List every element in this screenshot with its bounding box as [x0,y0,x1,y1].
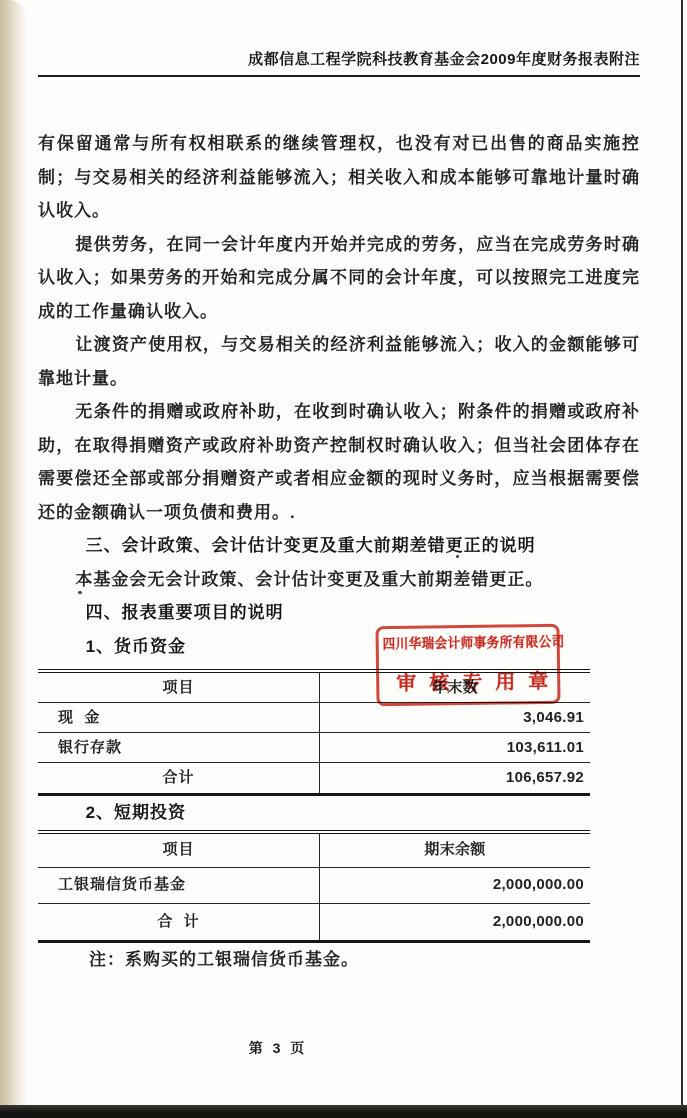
page-scan-left-edge [0,0,27,1105]
cell-item-label: 现 金 [38,703,320,732]
cell-item-label: 工银瑞信货币基金 [38,868,320,903]
paragraph-revenue-asset-use: 让渡资产使用权，与交易相关的经济利益能够流入；收入的金额能够可靠地计量。 [38,328,640,395]
page-scan-right-edge [681,0,683,1105]
page-scan-bottom-edge [0,1105,687,1118]
item-2-heading: 2、短期投资 [38,796,640,830]
page-number: 第 3 页 [0,1038,602,1058]
column-header-item: 项目 [38,834,320,867]
section-3-heading: 三、会计政策、会计估计变更及重大前期差错更正的说明 [38,529,640,563]
column-header-period-end-balance: 期末余额 [320,833,590,867]
cell-item-value: 103,611.01 [320,731,590,765]
table-row-header: 项目 期末余额 [38,834,590,868]
cell-item-value: 3,046.91 [320,701,590,735]
paragraph-revenue-donations: 无条件的捐赠或政府补助，在收到时确认收入；附条件的捐赠或政府补助，在取得捐赠资产… [38,395,640,529]
document-header-title: 成都信息工程学院科技教育基金会2009年度财务报表附注 [38,50,640,77]
table-short-term-investments: 项目 期末余额 工银瑞信货币基金 2,000,000.00 合 计 2,000,… [38,830,590,943]
table-row-total: 合计 106,657.92 [38,763,590,793]
item-1-heading: 1、货币资金 [38,630,640,664]
table-row-icbc-fund: 工银瑞信货币基金 2,000,000.00 [38,868,590,904]
table-monetary-funds: 项目 年末数 现 金 3,046.91 银行存款 103,611.01 合计 1… [38,669,590,796]
cell-total-value: 106,657.92 [320,761,590,795]
column-header-item: 项目 [38,673,320,702]
page-content: 成都信息工程学院科技教育基金会2009年度财务报表附注 有保留通常与所有权相联系… [38,0,640,976]
document-body: 有保留通常与所有权相联系的继续管理权，也没有对已出售的商品实施控制；与交易相关的… [38,127,640,976]
table-row-header: 项目 年末数 [38,673,590,703]
cell-total-label: 合 计 [38,904,320,940]
table-row-cash: 现 金 3,046.91 [38,703,590,733]
paragraph-revenue-services: 提供劳务，在同一会计年度内开始并完成的劳务，应当在完成劳务时确认收入；如果劳务的… [38,228,640,329]
cell-item-label: 银行存款 [38,733,320,762]
cell-item-value: 2,000,000.00 [320,868,590,902]
paragraph-revenue-goods: 有保留通常与所有权相联系的继续管理权，也没有对已出售的商品实施控制；与交易相关的… [38,127,640,228]
section-3-body: 本基金会无会计政策、会计估计变更及重大前期差错更正。 [38,563,640,597]
cell-total-label: 合计 [38,763,320,793]
column-header-year-end-amount: 年末数 [320,671,590,705]
section-4-heading: 四、报表重要项目的说明 [38,596,640,630]
table-row-total: 合 计 2,000,000.00 [38,904,590,940]
scanned-document-page: 成都信息工程学院科技教育基金会2009年度财务报表附注 有保留通常与所有权相联系… [0,0,687,1118]
table-row-bank-deposits: 银行存款 103,611.01 [38,733,590,763]
cell-total-value: 2,000,000.00 [320,905,590,939]
table-2-note: 注：系购买的工银瑞信货币基金。 [38,943,640,977]
